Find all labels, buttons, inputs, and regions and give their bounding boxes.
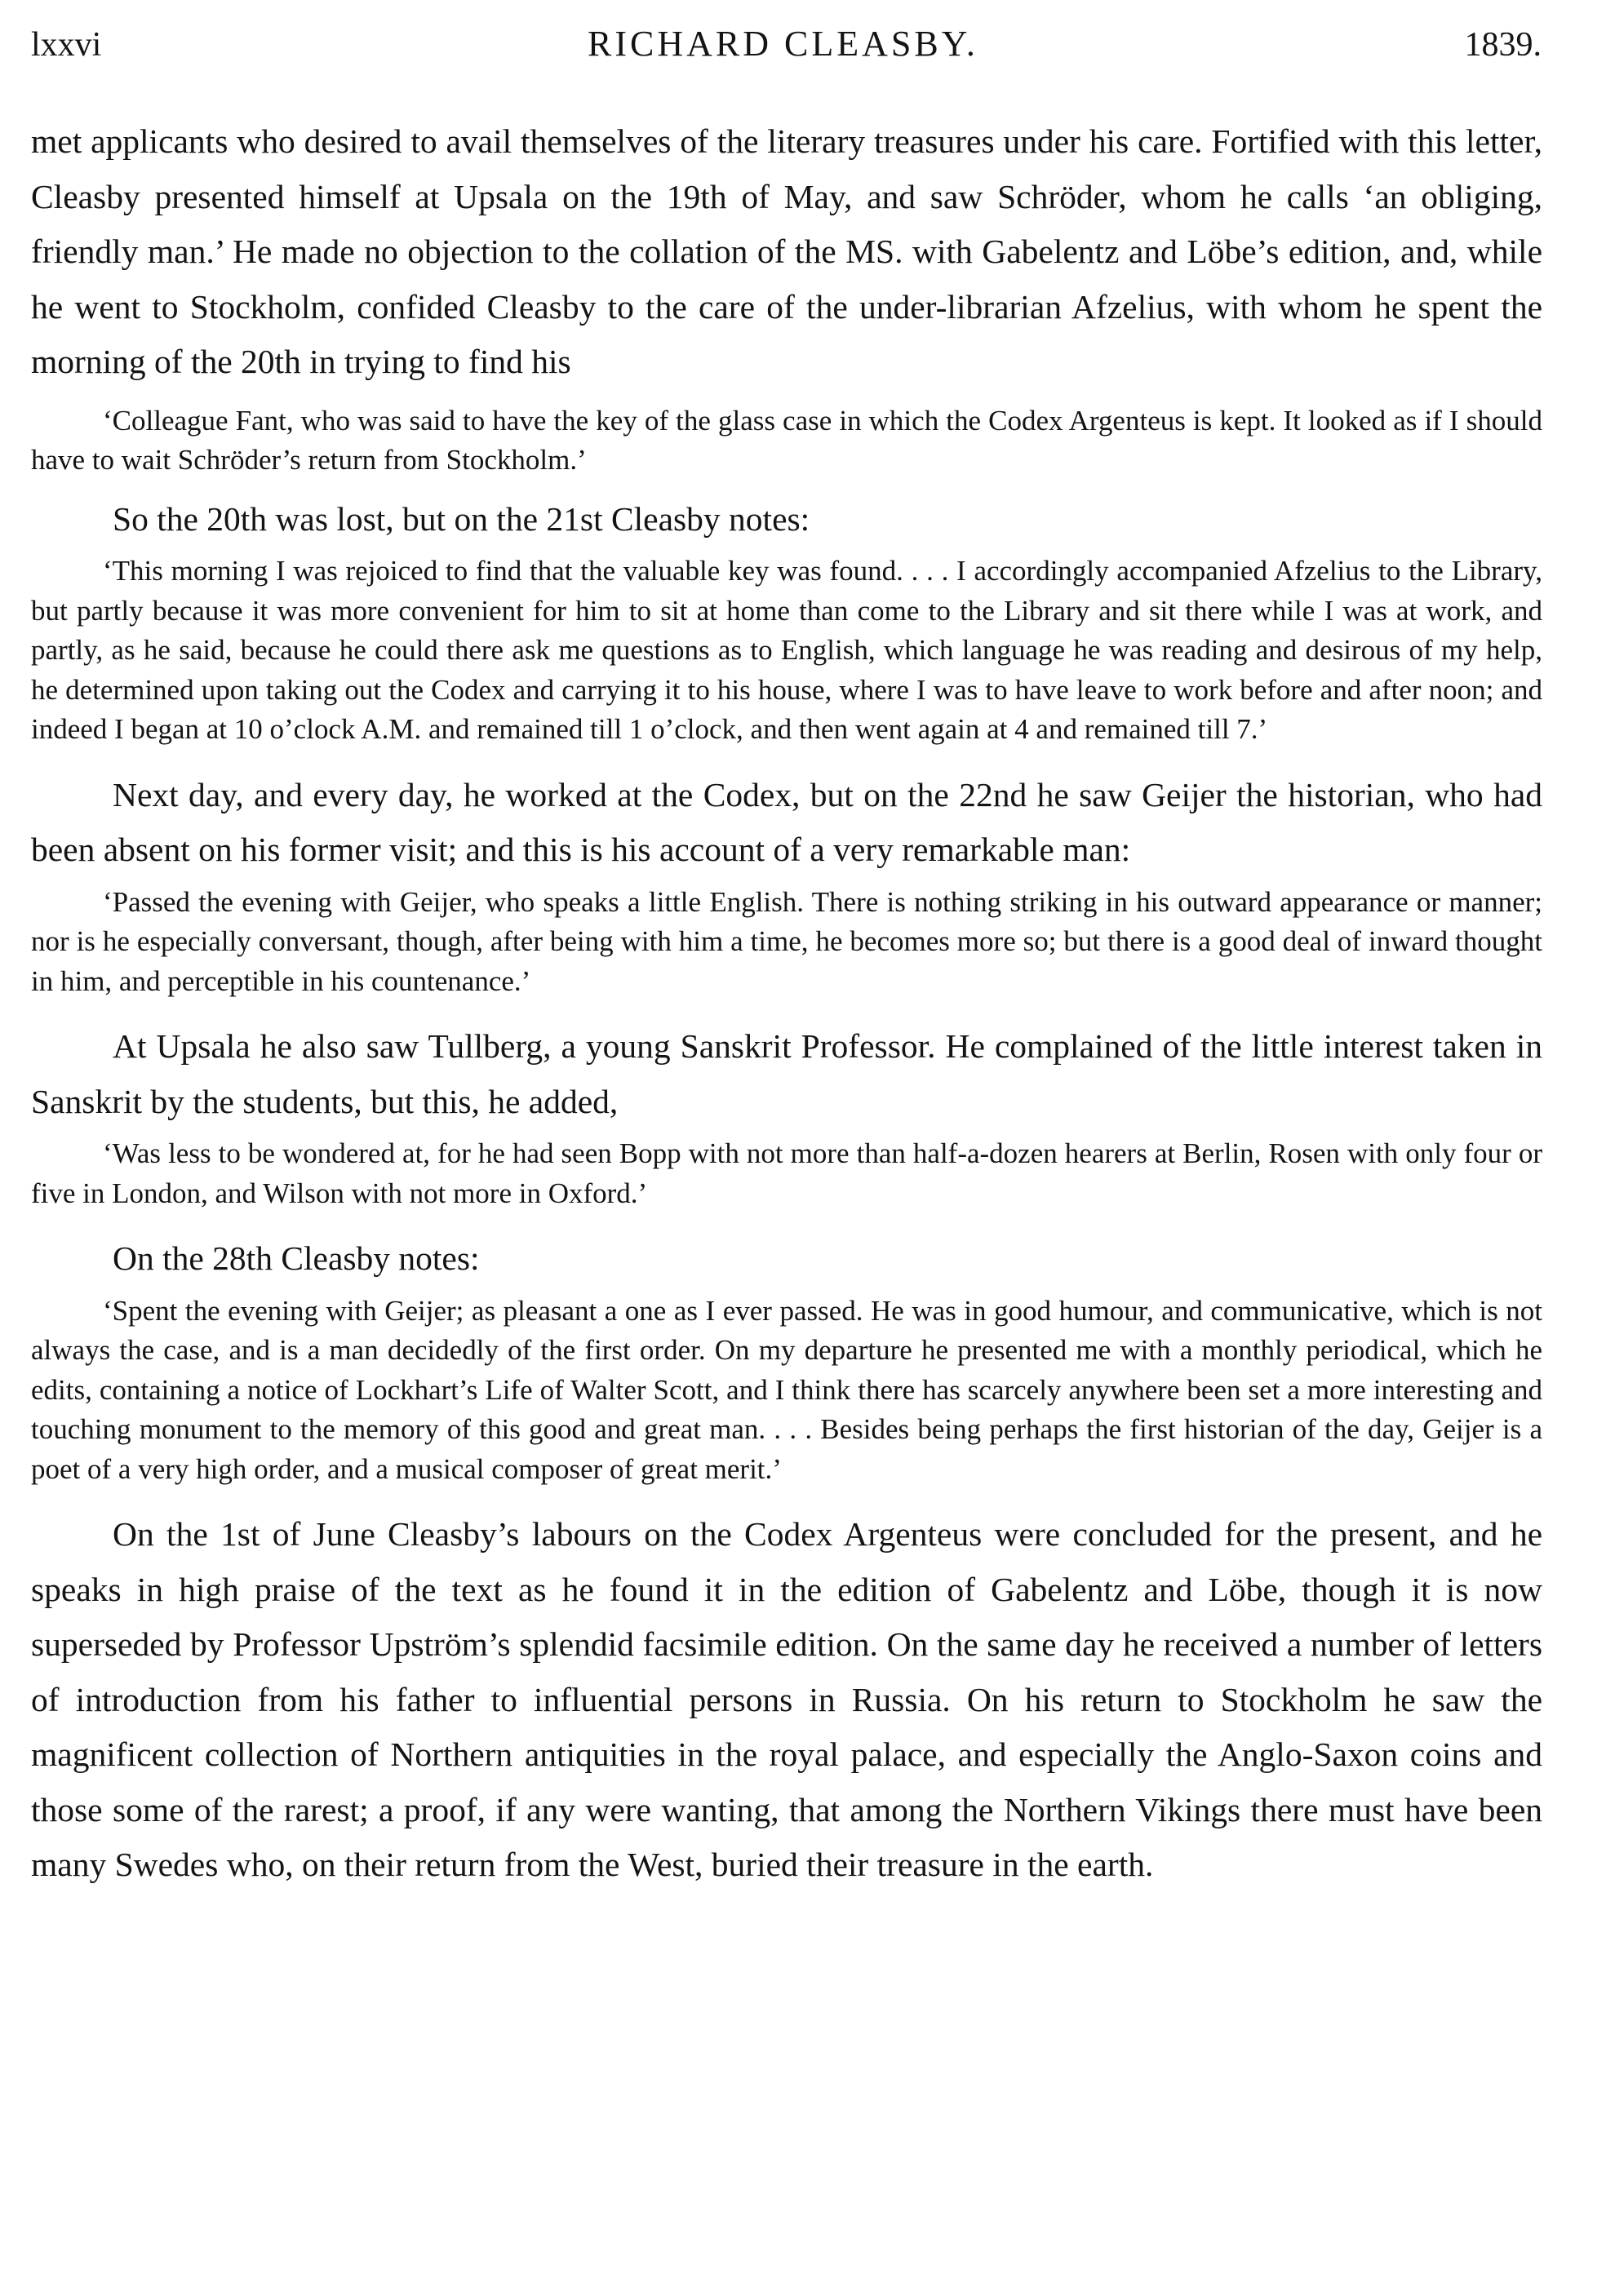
page-number: lxxvi (31, 25, 101, 64)
body-paragraph: So the 20th was lost, but on the 21st Cl… (31, 492, 1542, 547)
block-quote: ‘Was less to be wondered at, for he had … (31, 1134, 1542, 1213)
body-paragraph: met applicants who desired to avail them… (31, 114, 1542, 390)
body-paragraph: Next day, and every day, he worked at th… (31, 768, 1542, 878)
body-paragraph: On the 28th Cleasby notes: (31, 1231, 1542, 1287)
block-quote: ‘This morning I was rejoiced to find tha… (31, 552, 1542, 750)
block-quote: ‘Passed the evening with Geijer, who spe… (31, 883, 1542, 1002)
block-quote: ‘Spent the evening with Geijer; as pleas… (31, 1292, 1542, 1490)
running-title: RICHARD CLEASBY. (588, 23, 978, 64)
body-paragraph: On the 1st of June Cleasby’s labours on … (31, 1507, 1542, 1893)
running-header: lxxvi RICHARD CLEASBY. 1839. (31, 23, 1542, 72)
page-body: met applicants who desired to avail them… (31, 114, 1542, 1893)
block-quote: ‘Colleague Fant, who was said to have th… (31, 401, 1542, 481)
body-paragraph: At Upsala he also saw Tullberg, a young … (31, 1019, 1542, 1129)
year-marker: 1839. (1464, 25, 1542, 64)
